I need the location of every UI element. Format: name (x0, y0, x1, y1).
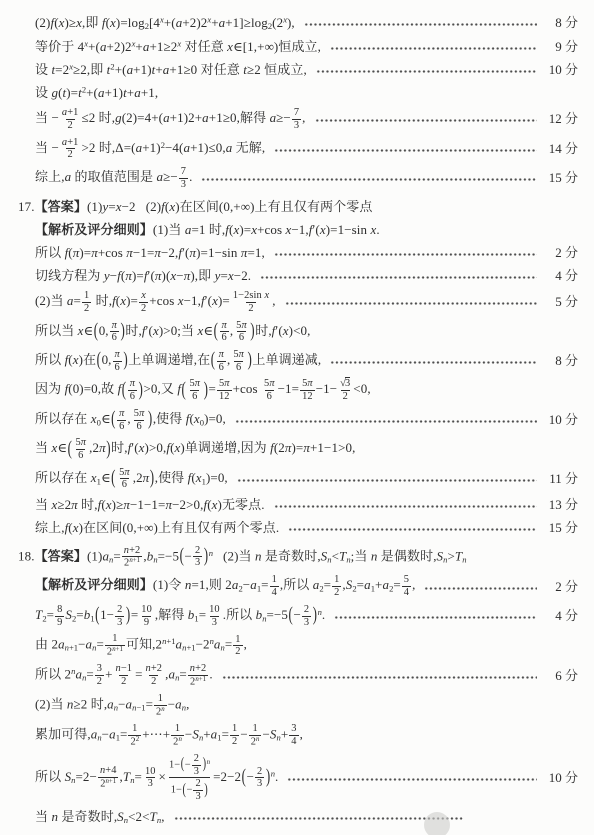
math-text: 设 t=2x≥2,即 t2+(a+1)t+a+1≥0 对任意 t≥2 恒成立, (35, 61, 307, 79)
solution-line: 设 g(t)=t2+(a+1)t+a+1, (35, 81, 578, 104)
score-marker: 4 分 (544, 267, 578, 285)
solution-line: 当 x≥2π 时,f(x)≥π−1−1=π−2>0,f(x)无零点.13 分 (35, 494, 578, 517)
math-text: (2)当 n≥2 时,an−an−1=12n−an, (35, 693, 189, 718)
solution-line: 所以 f(π)=π+cos π−1=π−2,f′(π)=1−sin π=1,2 … (35, 241, 578, 264)
solution-line: 所以当 x∈(0,π6)时,f′(x)>0;当 x∈(π6,5π6)时,f′(x… (35, 317, 578, 346)
score-marker: 10 分 (544, 61, 578, 79)
solution-line: 所以存在 x1∈(5π6,2π),使得 f(x1)=0,11 分 (35, 464, 578, 493)
math-text: 切线方程为 y−f(π)=f′(π)(x−π),即 y=x−2. (35, 267, 251, 285)
solution-line: 因为 f(0)=0,故 f(π6)>0,又 f(5π6)=5π12+cos 5π… (35, 376, 578, 405)
dot-leader (201, 177, 537, 182)
score-marker: 5 分 (544, 293, 578, 311)
scan-smudge-artifact (424, 812, 450, 835)
solution-line: 【解析及评分细则】(1)令 n=1,则 2a2−a1=14,所以 a2=12,S… (35, 572, 578, 601)
solution-line: 等价于 4x+(a+2)2x+a+1≥2x 对任意 x∈[1,+∞)恒成立,9 … (35, 35, 578, 58)
math-text: 所以存在 x1∈(5π6,2π),使得 f(x1)=0, (35, 467, 228, 491)
score-marker: 12 分 (544, 110, 578, 128)
math-text: 18.【答案】(1)an=n+22n+1,bn=−5(−23)n (2)当 n … (18, 545, 467, 570)
solution-line: (2)当 n≥2 时,an−an−1=12n−an, (35, 691, 578, 721)
dot-leader (235, 419, 537, 424)
math-text: 当 −a+12≤2 时,g(2)=4+(a+1)2+a+1≥0,解得 a≥−73… (35, 107, 306, 131)
math-text: 所以 f(x)在(0,π6)上单调递增,在(π6,5π6)上单调递减, (35, 349, 321, 373)
math-text: 当 x∈(5π6,2π)时,f′(x)>0,f(x)单调递增,因为 f(2π)=… (35, 437, 355, 461)
math-text: 17.【答案】(1)y=x−2 (2)f(x)在区间(0,+∞)上有且仅有两个零… (18, 198, 372, 216)
math-text: 所以 f(π)=π+cos π−1=π−2,f′(π)=1−sin π=1, (35, 244, 265, 262)
solution-line: 所以 f(x)在(0,π6)上单调递增,在(π6,5π6)上单调递减,8 分 (35, 346, 578, 375)
solution-line: 累加可得,an−a1=122+⋯+12n−Sn+a1=12−12n−Sn+34, (35, 720, 578, 750)
dot-leader (174, 816, 464, 821)
dot-leader (330, 46, 537, 51)
solution-line: 所以 Sn=2−n+42n+1,Tn=103×1−(−23)n1−(−23)=2… (35, 750, 578, 805)
solution-line: 综上,a 的取值范围是 a≥−73.15 分 (35, 163, 578, 192)
math-text: 所以当 x∈(0,π6)时,f′(x)>0;当 x∈(π6,5π6)时,f′(x… (35, 320, 310, 344)
solution-line: T2=89S2=b1(1−23)=109,解得 b1=103.所以 bn=−5(… (35, 601, 578, 630)
score-marker: 2 分 (544, 578, 578, 596)
math-text: 所以 2nan=32+n−12=n+22,an=n+22n+1. (35, 663, 213, 688)
score-marker: 8 分 (544, 352, 578, 370)
exam-answer-document: (2)f(x)≥x,即 f(x)=log2[4x+(a+2)2x+a+1]≥lo… (0, 0, 594, 835)
dot-leader (237, 478, 537, 483)
solution-lines: (2)f(x)≥x,即 f(x)=log2[4x+(a+2)2x+a+1]≥lo… (35, 11, 578, 829)
solution-line: 所以存在 x0∈(π6,5π6),使得 f(x0)=0,10 分 (35, 405, 578, 434)
math-text: 设 g(t)=t2+(a+1)t+a+1, (35, 84, 158, 102)
math-text: 因为 f(0)=0,故 f(π6)>0,又 f(5π6)=5π12+cos 5π… (35, 378, 371, 402)
dot-leader (316, 69, 537, 74)
math-text: 【解析及评分细则】(1)令 n=1,则 2a2−a1=14,所以 a2=12,S… (35, 574, 415, 598)
score-marker: 15 分 (544, 519, 578, 537)
dot-leader (274, 148, 537, 153)
solution-line: 当 n 是奇数时,Sn<2<Tn, (35, 805, 578, 829)
dot-leader (285, 301, 537, 306)
solution-line: (2)当 a=12 时,f(x)=x2+cos x−1,f′(x)=1−2sin… (35, 287, 578, 316)
solution-line: 当 x∈(5π6,2π)时,f′(x)>0,f(x)单调递增,因为 f(2π)=… (35, 435, 578, 464)
math-text: (2)f(x)≥x,即 f(x)=log2[4x+(a+2)2x+a+1]≥lo… (35, 14, 295, 33)
dot-leader (222, 675, 537, 680)
math-text: 综上,a 的取值范围是 a≥−73. (35, 166, 192, 190)
solution-line: 【解析及评分细则】(1)当 a=1 时,f(x)=x+cos x−1,f′(x)… (35, 218, 578, 241)
dot-leader (274, 504, 537, 509)
math-text: 当 n 是奇数时,Sn<2<Tn, (35, 808, 165, 827)
math-text: 由 2an+1−an=12n+1可知,2n+1an+1−2nan=12, (35, 633, 247, 658)
math-text: 所以存在 x0∈(π6,5π6),使得 f(x0)=0, (35, 408, 226, 432)
solution-line: 当 −a+12≤2 时,g(2)=4+(a+1)2+a+1≥0,解得 a≥−73… (35, 105, 578, 134)
score-marker: 10 分 (544, 411, 578, 429)
dot-leader (315, 118, 538, 123)
score-marker: 13 分 (544, 496, 578, 514)
score-marker: 6 分 (544, 667, 578, 685)
solution-line: 由 2an+1−an=12n+1可知,2n+1an+1−2nan=12, (35, 631, 578, 661)
score-marker: 14 分 (544, 140, 578, 158)
math-text: (2)当 a=12 时,f(x)=x2+cos x−1,f′(x)=1−2sin… (35, 290, 276, 314)
math-text: 当 x≥2π 时,f(x)≥π−1−1=π−2>0,f(x)无零点. (35, 496, 265, 514)
score-marker: 8 分 (544, 14, 578, 32)
solution-line: 所以 2nan=32+n−12=n+22,an=n+22n+1.6 分 (35, 661, 578, 691)
solution-line: (2)f(x)≥x,即 f(x)=log2[4x+(a+2)2x+a+1]≥lo… (35, 11, 578, 35)
dot-leader (304, 22, 537, 27)
score-marker: 15 分 (544, 169, 578, 187)
math-text: 累加可得,an−a1=122+⋯+12n−Sn+a1=12−12n−Sn+34, (35, 723, 303, 748)
solution-line: 当 −a+12>2 时,Δ=(a+1)2−4(a+1)≤0,a 无解,14 分 (35, 134, 578, 163)
score-marker: 11 分 (544, 470, 578, 488)
math-text: 【解析及评分细则】(1)当 a=1 时,f(x)=x+cos x−1,f′(x)… (35, 221, 380, 239)
dot-leader (274, 252, 537, 257)
math-text: 当 −a+12>2 时,Δ=(a+1)2−4(a+1)≤0,a 无解, (35, 137, 265, 161)
math-text: 等价于 4x+(a+2)2x+a+1≥2x 对任意 x∈[1,+∞)恒成立, (35, 38, 321, 56)
dot-leader (288, 527, 537, 532)
score-marker: 9 分 (544, 38, 578, 56)
solution-line: 综上,f(x)在区间(0,+∞)上有且仅有两个零点.15 分 (35, 517, 578, 540)
math-text: 所以 Sn=2−n+42n+1,Tn=103×1−(−23)n1−(−23)=2… (35, 753, 278, 803)
dot-leader (260, 275, 537, 280)
dot-leader (334, 615, 537, 620)
solution-line: 设 t=2x≥2,即 t2+(a+1)t+a+1≥0 对任意 t≥2 恒成立,1… (35, 58, 578, 81)
dot-leader (287, 777, 537, 782)
math-text: 综上,f(x)在区间(0,+∞)上有且仅有两个零点. (35, 519, 279, 537)
solution-line: 切线方程为 y−f(π)=f′(π)(x−π),即 y=x−2.4 分 (35, 264, 578, 287)
score-marker: 10 分 (544, 769, 578, 787)
math-text: T2=89S2=b1(1−23)=109,解得 b1=103.所以 bn=−5(… (35, 604, 325, 628)
dot-leader (424, 586, 537, 591)
dot-leader (330, 360, 537, 365)
question-header-line: 18.【答案】(1)an=n+22n+1,bn=−5(−23)n (2)当 n … (18, 542, 578, 572)
score-marker: 4 分 (544, 607, 578, 625)
question-header-line: 17.【答案】(1)y=x−2 (2)f(x)在区间(0,+∞)上有且仅有两个零… (18, 195, 578, 218)
score-marker: 2 分 (544, 244, 578, 262)
